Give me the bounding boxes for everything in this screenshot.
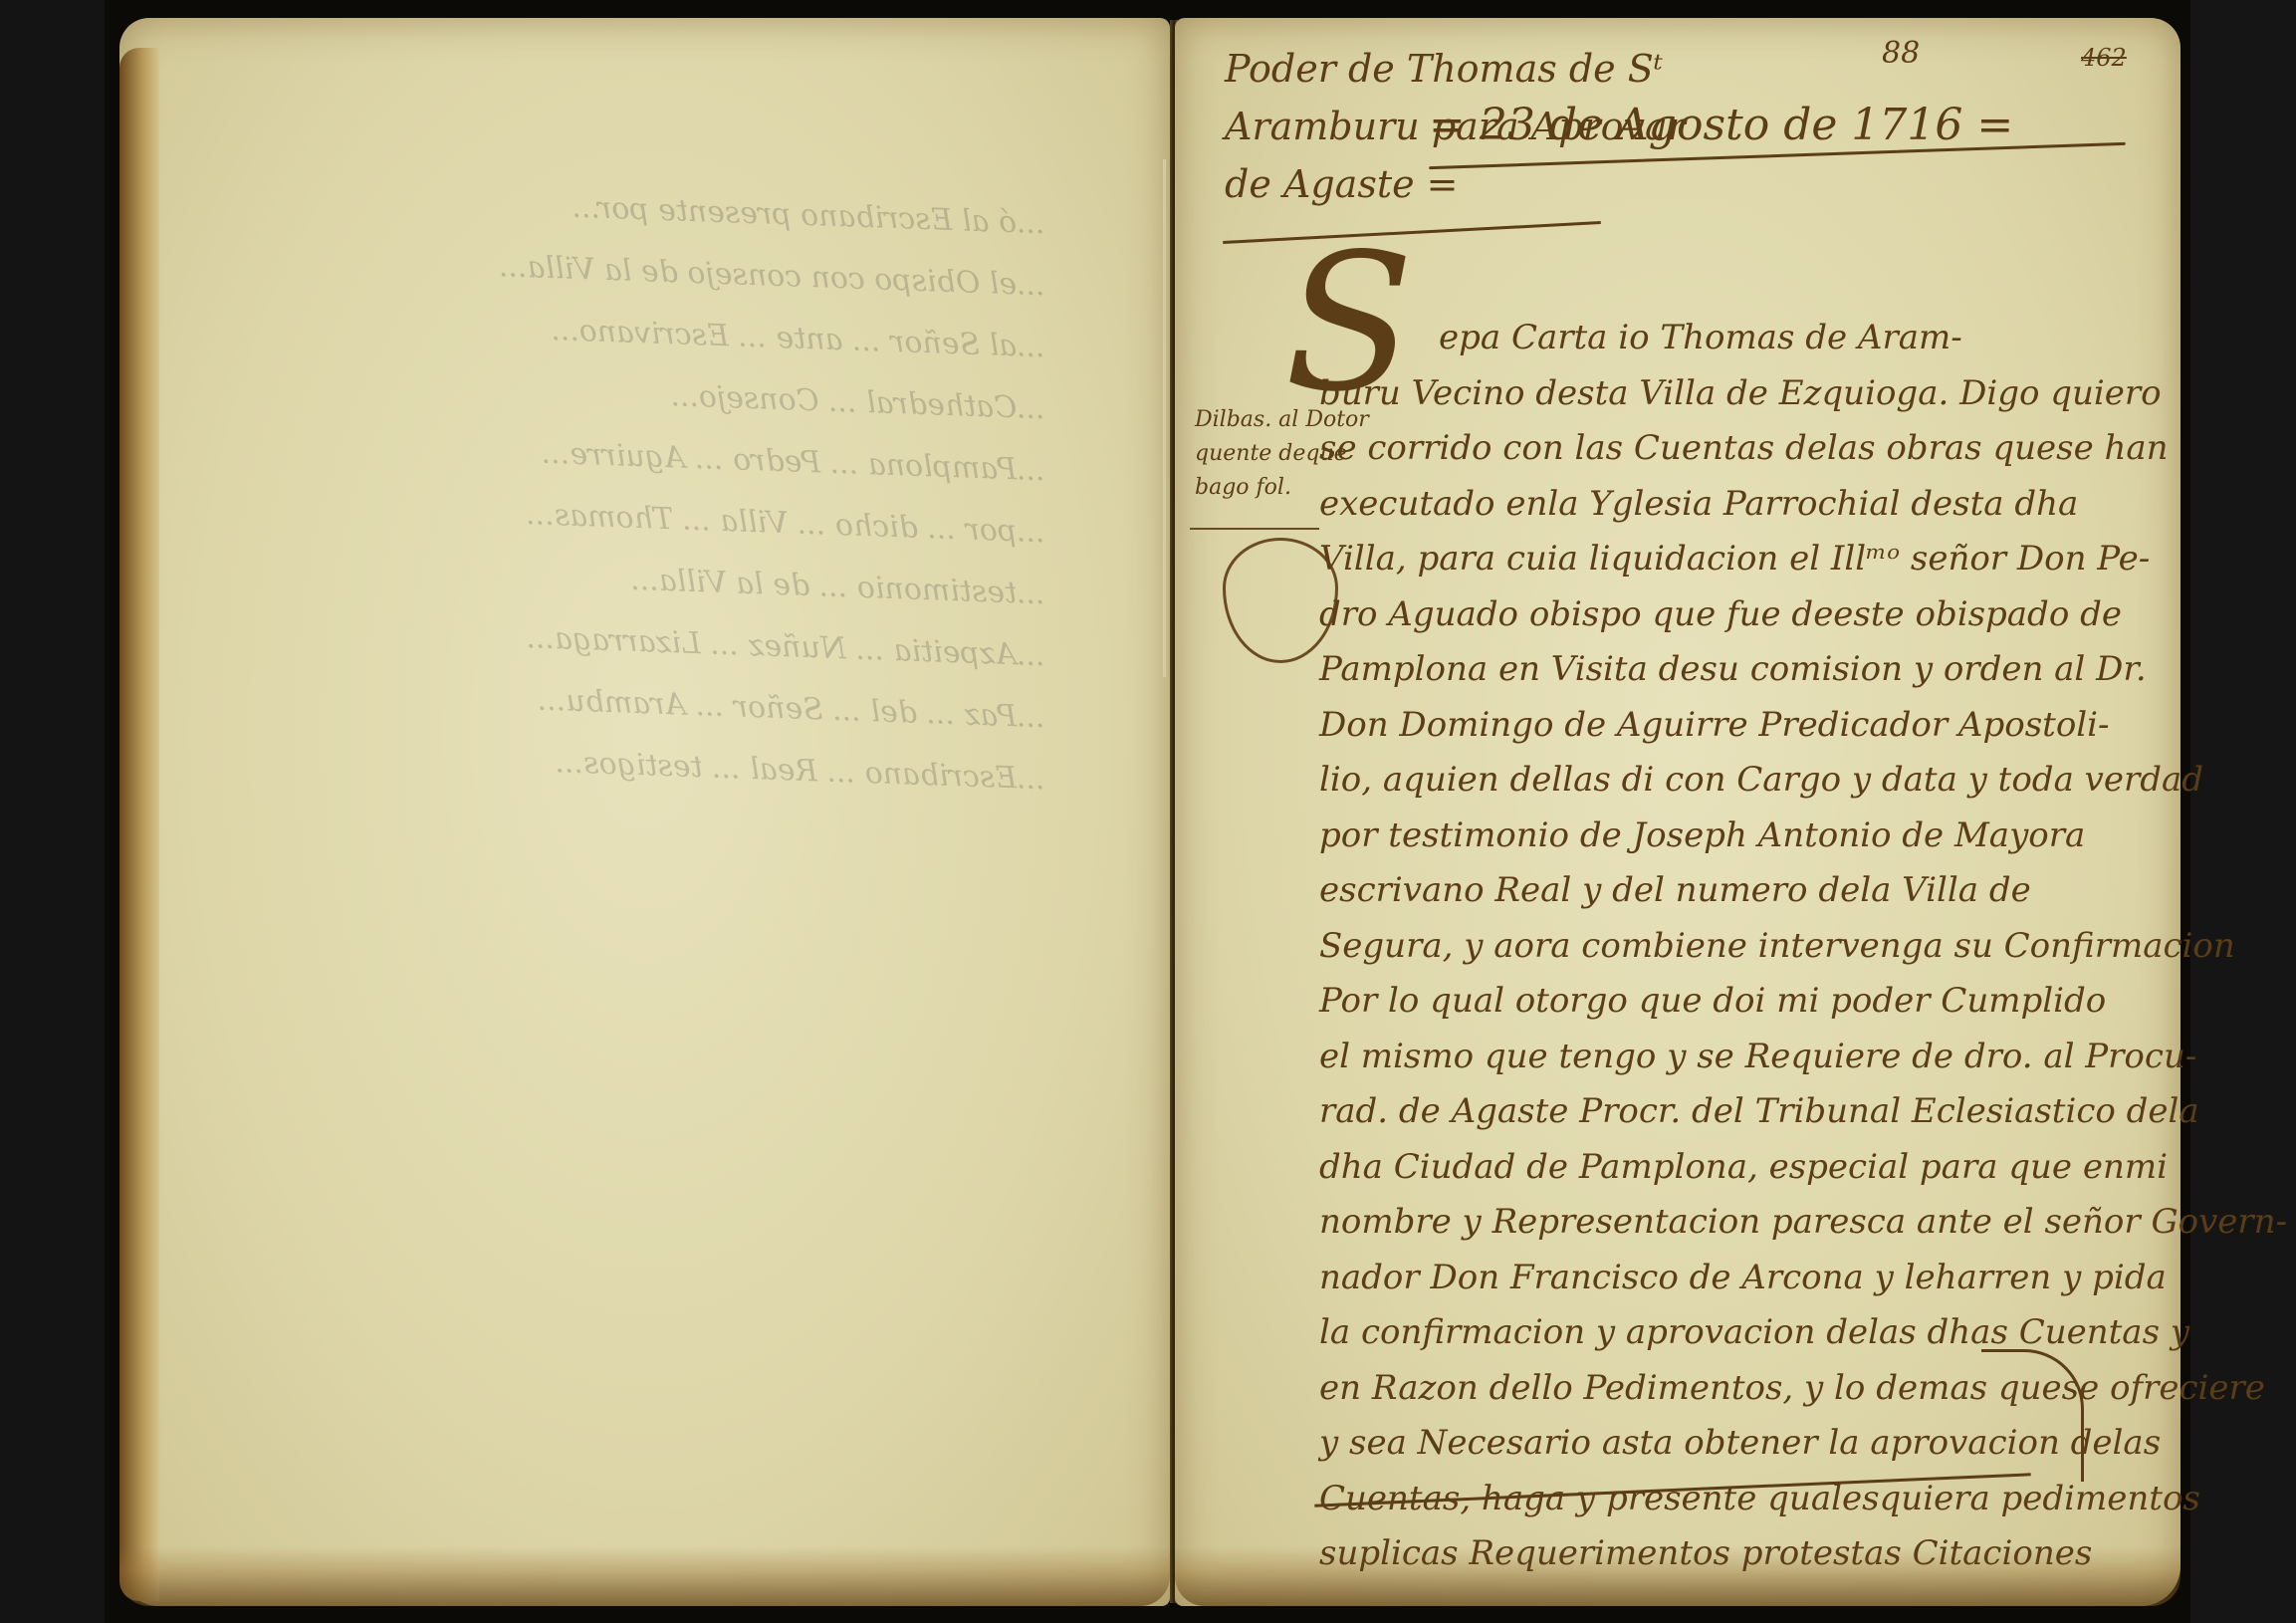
body-line: buru Vecino desta Villa de Ezquioga. Dig… — [1319, 366, 2136, 422]
closing-flourish — [1981, 1349, 2084, 1482]
bleed-through-text: ...ó al Escribano presente por... ...el … — [229, 179, 1045, 797]
body-line: el mismo que tengo y se Requiere de dro.… — [1319, 1030, 2136, 1085]
body-line: Segura, y aora combiene intervenga su Co… — [1319, 919, 2136, 975]
body-line: epa Carta io Thomas de Aram- — [1319, 311, 2136, 366]
scan-background-left — [0, 0, 105, 1623]
struck-folio-number: 462 — [2081, 44, 2127, 72]
body-line: por testimonio de Joseph Antonio de Mayo… — [1319, 809, 2136, 864]
body-line: rad. de Agaste Procr. del Tribunal Ecles… — [1319, 1084, 2136, 1140]
binding-thread — [1163, 159, 1166, 677]
margin-note: Dilbas. al Dotor quente deque bago fol. — [1195, 403, 1309, 505]
heading-line: Poder de Thomas de Sᵗ — [1225, 40, 1643, 98]
page-stack-edge — [119, 48, 159, 1601]
damaged-bottom-edge — [119, 1546, 1170, 1606]
body-line: suplicas Requerimentos protestas Citacio… — [1319, 1526, 2136, 1582]
margin-note-line: bago fol. — [1195, 471, 1309, 505]
body-line: executado enla Yglesia Parrochial desta … — [1319, 477, 2136, 533]
body-line: nombre y Representacion paresca ante el … — [1319, 1195, 2136, 1251]
body-line: escrivano Real y del numero dela Villa d… — [1319, 863, 2136, 919]
body-line: nador Don Francisco de Arcona y leharren… — [1319, 1251, 2136, 1306]
body-line: Villa, para cuia liquidacion el Illᵐᵒ se… — [1319, 532, 2136, 587]
body-line: lio, aquien dellas di con Cargo y data y… — [1319, 753, 2136, 809]
body-line: Por lo qual otorgo que doi mi poder Cump… — [1319, 974, 2136, 1030]
body-line: se corrido con las Cuentas delas obras q… — [1319, 421, 2136, 477]
body-line: dro Aguado obispo que fue deeste obispad… — [1319, 587, 2136, 643]
document-date: = 23 de Agosto de 1716 = — [1429, 100, 2013, 150]
body-line: dha Ciudad de Pamplona, especial para qu… — [1319, 1140, 2136, 1196]
margin-note-line: Dilbas. al Dotor — [1195, 403, 1309, 437]
body-line: Don Domingo de Aguirre Predicador Aposto… — [1319, 698, 2136, 754]
folio-number: 88 — [1882, 36, 1920, 71]
margin-rule — [1190, 528, 1319, 530]
body-line: Pamplona en Visita desu comision y orden… — [1319, 642, 2136, 698]
margin-note-line: quente deque — [1195, 437, 1309, 471]
